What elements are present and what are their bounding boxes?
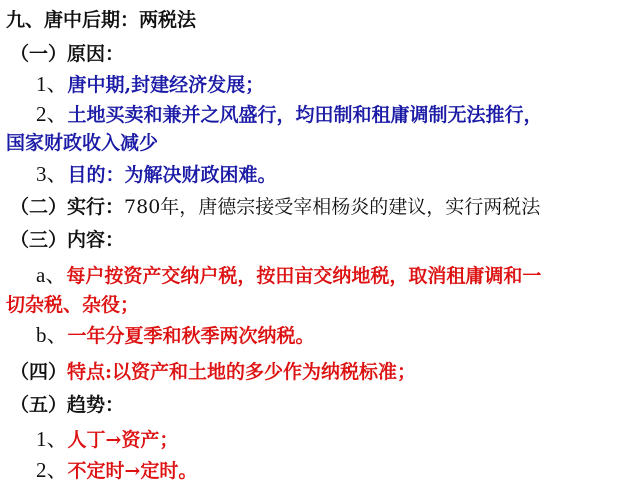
content-item-a: a、每户按资产交纳户税，按田亩交纳地税，取消租庸调和一: [36, 263, 541, 288]
item-text: 不定时→定时。: [68, 460, 198, 482]
section-trend-label: （五）趋势：: [10, 393, 124, 417]
item-text: 土地买卖和兼并之风盛行，均田制和租庸调制无法推行，: [68, 104, 543, 126]
item-text: 一年分夏季和秋季两次纳税。: [68, 325, 315, 347]
trend-item-1: 1、人丁→资产；: [36, 427, 178, 452]
section-implementation: （二）实行：780年，唐德宗接受宰相杨炎的建议，实行两税法: [10, 195, 540, 219]
cause-item-2-continued: 国家财政收入减少: [6, 131, 158, 155]
section-cause-label: （一）原因：: [10, 42, 124, 66]
title-prefix: 九、唐中后期：: [6, 9, 139, 31]
cause-item-2: 2、土地买卖和兼并之风盛行，均田制和租庸调制无法推行，: [36, 102, 543, 127]
section-label: （二）实行：: [10, 196, 124, 218]
item-text: 人丁→资产；: [68, 429, 179, 451]
section-label: （四）: [10, 361, 67, 383]
item-text: 每户按资产交纳户税，按田亩交纳地税，取消租庸调和一: [66, 265, 541, 287]
item-number: 1、: [36, 427, 68, 451]
section-features: （四）特点:以资产和土地的多少作为纳税标准；: [10, 360, 416, 384]
item-letter: a、: [36, 263, 66, 287]
content-item-b: b、一年分夏季和秋季两次纳税。: [36, 323, 315, 348]
trend-item-2: 2、不定时→定时。: [36, 458, 197, 483]
item-number: 2、: [36, 458, 68, 482]
page-title: 九、唐中后期：两税法: [6, 8, 196, 32]
item-number: 2、: [36, 102, 68, 126]
section-text: 780年，唐德宗接受宰相杨炎的建议，实行两税法: [124, 196, 540, 218]
item-number: 1、: [36, 72, 68, 96]
item-number: 3、: [36, 162, 68, 186]
item-text: 目的：为解决财政困难。: [68, 164, 277, 186]
item-letter: b、: [36, 323, 68, 347]
item-text: 唐中期,封建经济发展；: [68, 74, 265, 96]
title-topic: 两税法: [139, 9, 196, 31]
content-item-a-continued: 切杂税、杂役；: [6, 293, 139, 317]
cause-item-3: 3、目的：为解决财政困难。: [36, 162, 277, 187]
cause-item-1: 1、唐中期,封建经济发展；: [36, 72, 264, 97]
section-content-label: （三）内容：: [10, 228, 124, 252]
section-text: 特点:以资产和土地的多少作为纳税标准；: [67, 361, 416, 383]
